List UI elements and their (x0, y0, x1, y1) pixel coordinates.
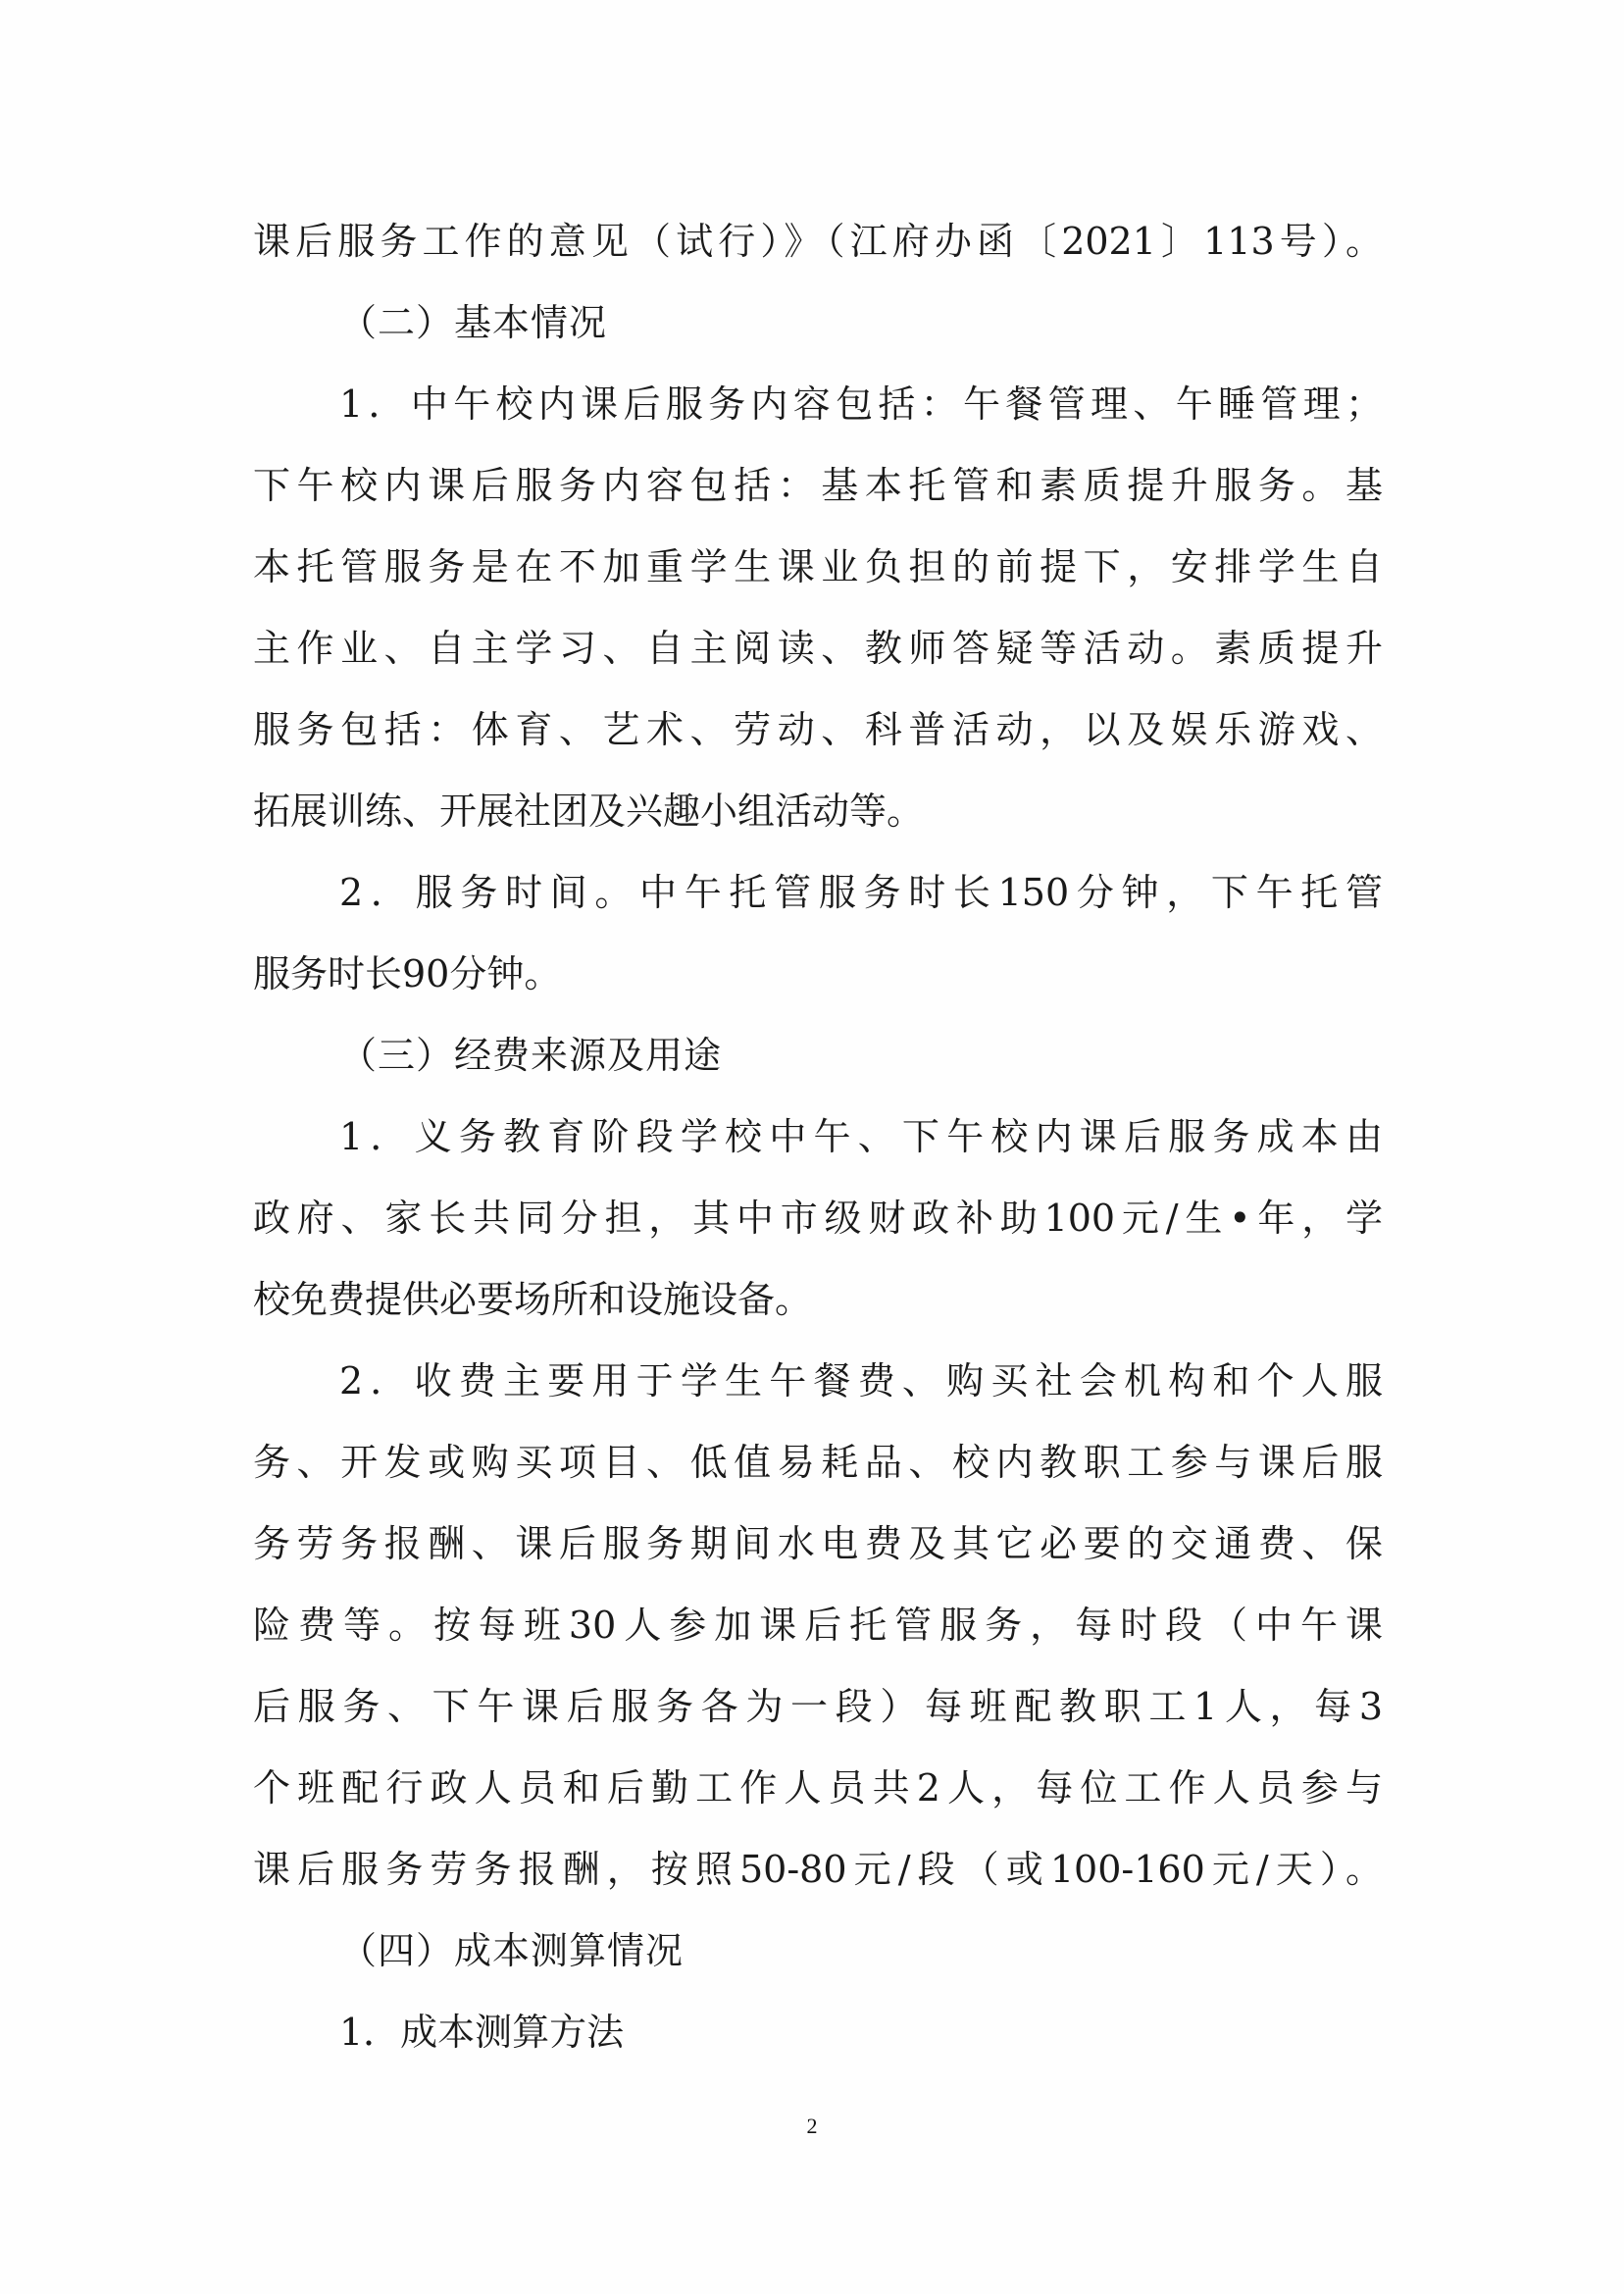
paragraph-line: 下午校内课后服务内容包括：基本托管和素质提升服务。基 (253, 456, 1383, 515)
paragraph-line: 主作业、自主学习、自主阅读、教师答疑等活动。素质提升 (253, 619, 1383, 678)
paragraph-line: 1．成本测算方法 (339, 2003, 1383, 2062)
paragraph-line: 服务时长90分钟。 (253, 944, 1383, 1003)
paragraph-line: 政府、家长共同分担，其中市级财政补助100元/生•年，学 (253, 1189, 1383, 1248)
paragraph-line: 2．收费主要用于学生午餐费、购买社会机构和个人服 (339, 1351, 1383, 1410)
paragraph-line: 个班配行政人员和后勤工作人员共2人，每位工作人员参与 (253, 1759, 1383, 1817)
paragraph-line: 1．中午校内课后服务内容包括：午餐管理、午睡管理； (339, 375, 1383, 433)
page-number: 2 (792, 2114, 832, 2139)
paragraph-line: 务、开发或购买项目、低值易耗品、校内教职工参与课后服 (253, 1433, 1383, 1492)
section-heading-funding: （三）经费来源及用途 (339, 1026, 1383, 1085)
paragraph-line: 后服务、下午课后服务各为一段）每班配教职工1人，每3 (253, 1677, 1383, 1736)
paragraph-line: 课后服务工作的意见（试行）》（江府办函〔2021〕113号）。 (253, 212, 1383, 271)
document-page: 课后服务工作的意见（试行）》（江府办函〔2021〕113号）。 （二）基本情况 … (0, 0, 1624, 2294)
section-heading-basic-info: （二）基本情况 (339, 293, 1383, 352)
paragraph-line: 险费等。按每班30人参加课后托管服务，每时段（中午课 (253, 1596, 1383, 1655)
paragraph-line: 服务包括：体育、艺术、劳动、科普活动，以及娱乐游戏、 (253, 700, 1383, 759)
paragraph-line: 拓展训练、开展社团及兴趣小组活动等。 (253, 782, 1383, 841)
paragraph-line: 本托管服务是在不加重学生课业负担的前提下，安排学生自 (253, 537, 1383, 596)
paragraph-line: 1．义务教育阶段学校中午、下午校内课后服务成本由 (339, 1107, 1383, 1166)
paragraph-line: 校免费提供必要场所和设施设备。 (253, 1270, 1383, 1329)
paragraph-line: 务劳务报酬、课后服务期间水电费及其它必要的交通费、保 (253, 1514, 1383, 1573)
section-heading-cost-estimate: （四）成本测算情况 (339, 1921, 1383, 1980)
paragraph-line: 2．服务时间。中午托管服务时长150分钟，下午托管 (339, 863, 1383, 922)
paragraph-line: 课后服务劳务报酬，按照50-80元/段（或100-160元/天）。 (253, 1840, 1383, 1899)
